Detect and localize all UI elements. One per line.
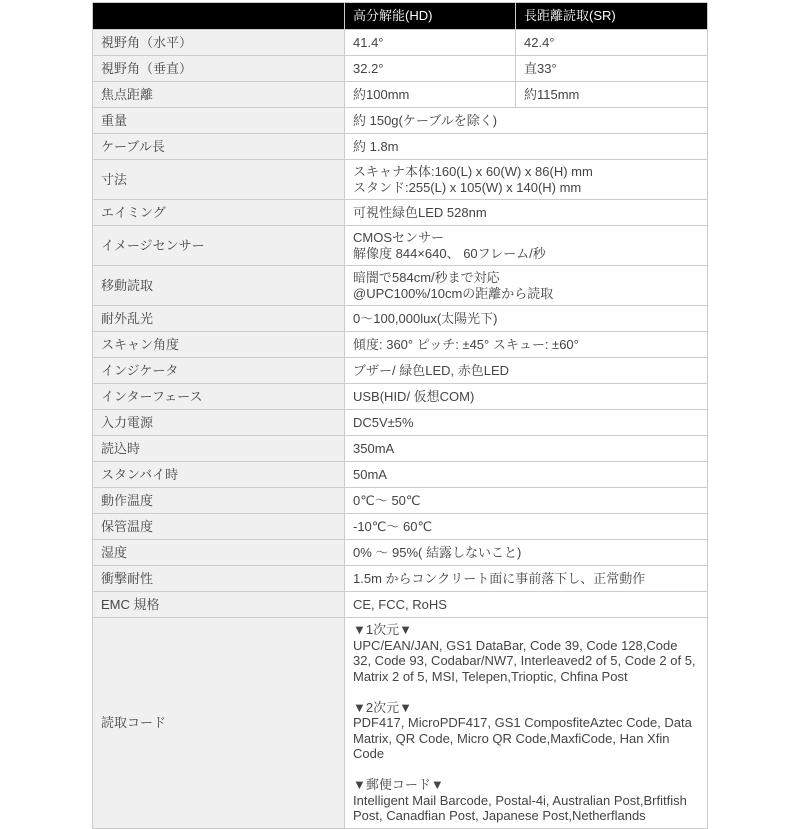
spec-sheet: 高分解能(HD) 長距離読取(SR) 視野角（水平）41.4°42.4°視野角（…: [92, 2, 708, 811]
spec-table-row: 重量約 150g(ケーブルを除く): [93, 108, 708, 134]
spec-table: 高分解能(HD) 長距離読取(SR) 視野角（水平）41.4°42.4°視野角（…: [92, 2, 708, 811]
spec-row-label: 動作温度: [93, 488, 345, 514]
spec-value-sr: 直33°: [516, 56, 708, 82]
spec-value-hd: 41.4°: [345, 30, 516, 56]
spec-value: ▼1次元▼ UPC/EAN/JAN, GS1 DataBar, Code 39,…: [345, 618, 708, 812]
spec-value: 1.5m からコンクリート面に事前落下し、正常動作: [345, 566, 708, 592]
spec-table-row: スキャン角度傾度: 360° ピッチ: ±45° スキュー: ±60°: [93, 332, 708, 358]
spec-row-label: 入力電源: [93, 410, 345, 436]
header-empty-cell: [93, 3, 345, 30]
spec-table-row: 移動読取暗闇で584cm/秒まで対応 @UPC100%/10cmの距離から読取: [93, 266, 708, 306]
spec-table-row: 読取コード▼1次元▼ UPC/EAN/JAN, GS1 DataBar, Cod…: [93, 618, 708, 812]
spec-row-label: 焦点距離: [93, 82, 345, 108]
spec-row-label: 衝撃耐性: [93, 566, 345, 592]
spec-value: 0〜100,000lux(太陽光下): [345, 306, 708, 332]
spec-value: 傾度: 360° ピッチ: ±45° スキュー: ±60°: [345, 332, 708, 358]
spec-table-row: ケーブル長約 1.8m: [93, 134, 708, 160]
spec-row-label: 耐外乱光: [93, 306, 345, 332]
spec-value: -10℃〜 60℃: [345, 514, 708, 540]
spec-value: ブザー/ 緑色LED, 赤色LED: [345, 358, 708, 384]
spec-table-row: 寸法スキャナ本体:160(L) x 60(W) x 86(H) mm スタンド:…: [93, 160, 708, 200]
spec-table-row: 視野角（垂直）32.2°直33°: [93, 56, 708, 82]
spec-table-body: 視野角（水平）41.4°42.4°視野角（垂直）32.2°直33°焦点距離約10…: [93, 30, 708, 812]
spec-row-label: スキャン角度: [93, 332, 345, 358]
spec-row-label: 保管温度: [93, 514, 345, 540]
spec-table-row: 入力電源DC5V±5%: [93, 410, 708, 436]
spec-row-label: 読取コード: [93, 618, 345, 812]
spec-row-label: 湿度: [93, 540, 345, 566]
spec-value: 暗闇で584cm/秒まで対応 @UPC100%/10cmの距離から読取: [345, 266, 708, 306]
header-col-sr: 長距離読取(SR): [516, 3, 708, 30]
spec-table-row: 読込時350mA: [93, 436, 708, 462]
spec-row-label: 重量: [93, 108, 345, 134]
spec-row-label: スタンバイ時: [93, 462, 345, 488]
spec-value: DC5V±5%: [345, 410, 708, 436]
spec-row-label: インターフェース: [93, 384, 345, 410]
spec-table-row: 動作温度0℃〜 50℃: [93, 488, 708, 514]
spec-value: CMOSセンサー 解像度 844×640、 60フレーム/秒: [345, 226, 708, 266]
spec-table-row: 焦点距離約100mm約115mm: [93, 82, 708, 108]
spec-value: 約 1.8m: [345, 134, 708, 160]
spec-value: 50mA: [345, 462, 708, 488]
spec-value-hd: 32.2°: [345, 56, 516, 82]
spec-table-row: インジケータブザー/ 緑色LED, 赤色LED: [93, 358, 708, 384]
spec-table-row: エイミング可視性緑色LED 528nm: [93, 200, 708, 226]
spec-table-row: 湿度0% 〜 95%( 結露しないこと): [93, 540, 708, 566]
spec-table-row: 衝撃耐性1.5m からコンクリート面に事前落下し、正常動作: [93, 566, 708, 592]
spec-value: USB(HID/ 仮想COM): [345, 384, 708, 410]
spec-table-row: EMC 規格CE, FCC, RoHS: [93, 592, 708, 618]
spec-value-sr: 約115mm: [516, 82, 708, 108]
spec-row-label: 寸法: [93, 160, 345, 200]
spec-table-row: イメージセンサーCMOSセンサー 解像度 844×640、 60フレーム/秒: [93, 226, 708, 266]
spec-value: 可視性緑色LED 528nm: [345, 200, 708, 226]
spec-row-label: 移動読取: [93, 266, 345, 306]
header-col-hd: 高分解能(HD): [345, 3, 516, 30]
spec-value: 350mA: [345, 436, 708, 462]
spec-value: 約 150g(ケーブルを除く): [345, 108, 708, 134]
spec-table-row: スタンバイ時50mA: [93, 462, 708, 488]
spec-row-label: ケーブル長: [93, 134, 345, 160]
spec-value: スキャナ本体:160(L) x 60(W) x 86(H) mm スタンド:25…: [345, 160, 708, 200]
spec-value: 0% 〜 95%( 結露しないこと): [345, 540, 708, 566]
spec-row-label: 読込時: [93, 436, 345, 462]
spec-row-label: エイミング: [93, 200, 345, 226]
spec-row-label: イメージセンサー: [93, 226, 345, 266]
spec-row-label: EMC 規格: [93, 592, 345, 618]
spec-value: 0℃〜 50℃: [345, 488, 708, 514]
spec-table-header-row: 高分解能(HD) 長距離読取(SR): [93, 3, 708, 30]
spec-row-label: インジケータ: [93, 358, 345, 384]
spec-table-row: インターフェースUSB(HID/ 仮想COM): [93, 384, 708, 410]
spec-table-row: 保管温度-10℃〜 60℃: [93, 514, 708, 540]
spec-row-label: 視野角（水平）: [93, 30, 345, 56]
spec-table-row: 耐外乱光0〜100,000lux(太陽光下): [93, 306, 708, 332]
spec-value-hd: 約100mm: [345, 82, 516, 108]
spec-value: CE, FCC, RoHS: [345, 592, 708, 618]
spec-table-row: 視野角（水平）41.4°42.4°: [93, 30, 708, 56]
spec-value-sr: 42.4°: [516, 30, 708, 56]
spec-row-label: 視野角（垂直）: [93, 56, 345, 82]
